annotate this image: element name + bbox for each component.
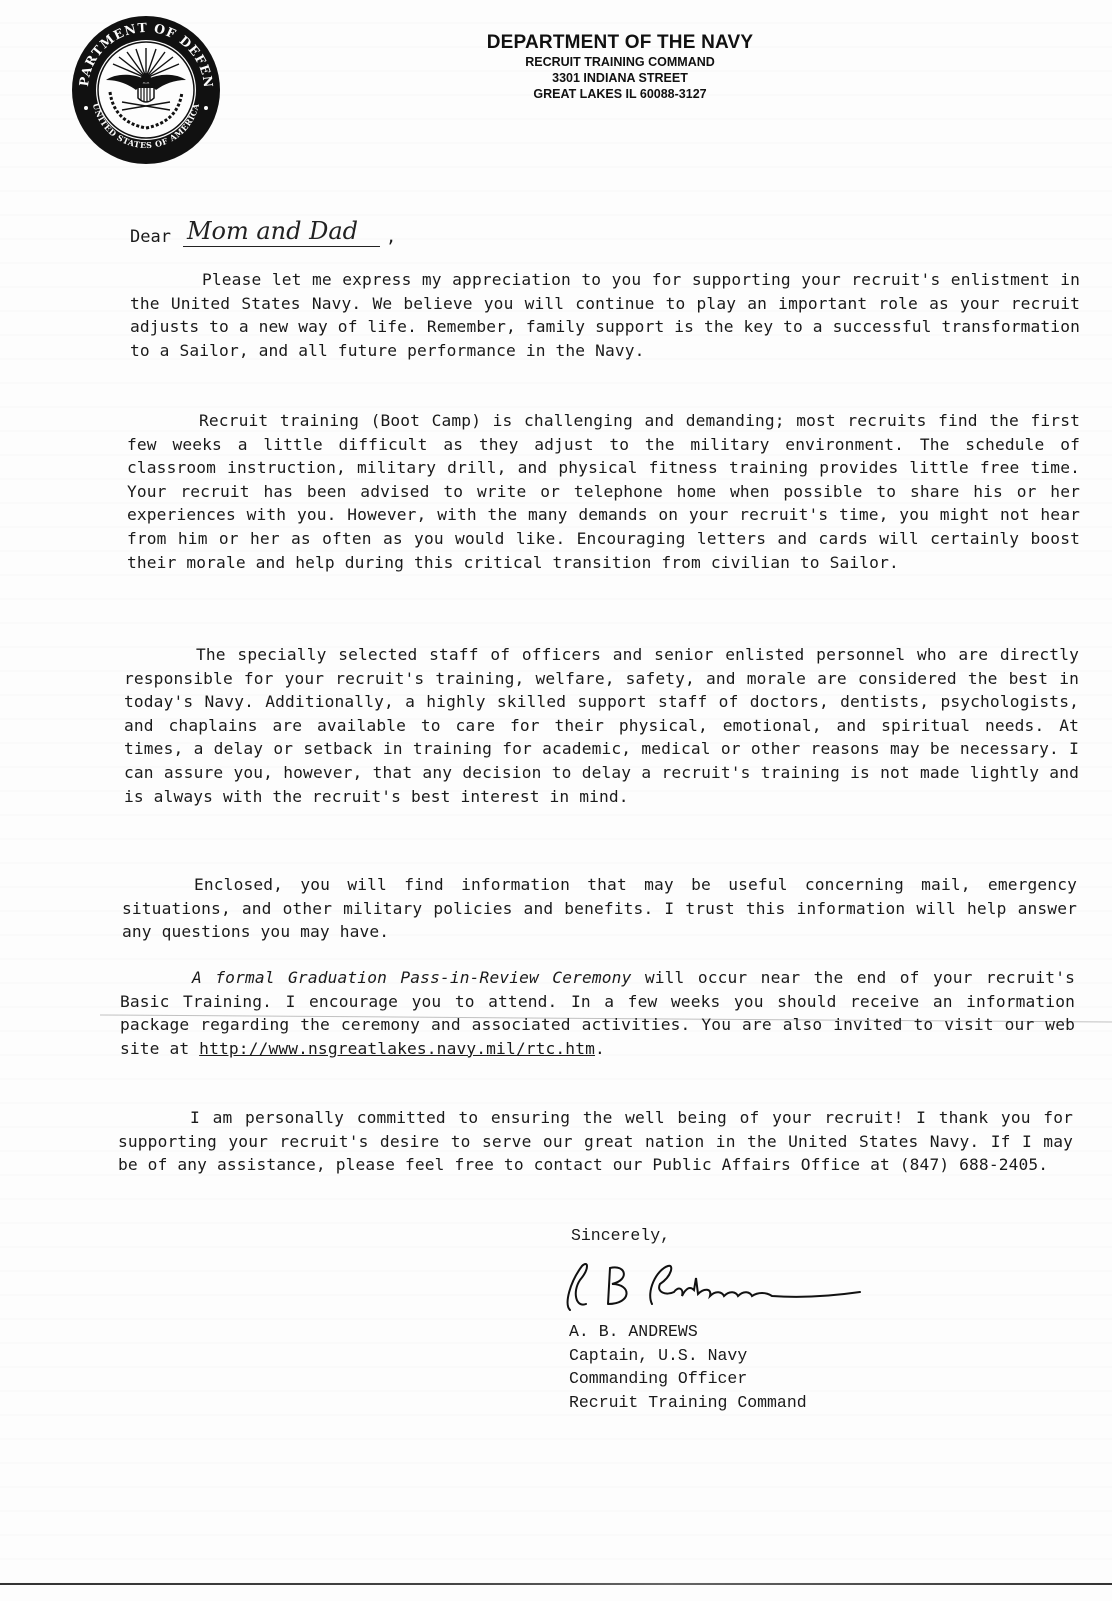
salutation: Dear Mom and Dad , <box>130 218 396 247</box>
signer-name: A. B. ANDREWS <box>569 1320 807 1344</box>
paragraph-staff: The specially selected staff of officers… <box>124 643 1079 808</box>
letterhead: DEPARTMENT OF THE NAVY RECRUIT TRAINING … <box>380 32 860 102</box>
period: . <box>595 1039 605 1058</box>
command-name: RECRUIT TRAINING COMMAND <box>380 54 860 70</box>
signer-title: Commanding Officer <box>569 1367 807 1391</box>
city-address: GREAT LAKES IL 60088-3127 <box>380 86 860 102</box>
ceremony-name: A formal Graduation Pass-in-Review Cerem… <box>192 968 631 987</box>
salutation-prefix: Dear <box>130 227 171 247</box>
paragraph-text: Enclosed, you will find information that… <box>122 875 1077 941</box>
department-of-defense-seal-icon: DEPARTMENT OF DEFENSE UNITED STATES OF A… <box>70 14 222 166</box>
paragraph-text: Recruit training (Boot Camp) is challeng… <box>127 411 1080 572</box>
paragraph-commitment: I am personally committed to ensuring th… <box>118 1106 1073 1177</box>
paragraph-text: Please let me express my appreciation to… <box>130 270 1080 360</box>
signature-block: A. B. ANDREWS Captain, U.S. Navy Command… <box>569 1320 807 1414</box>
paragraph-boot-camp: Recruit training (Boot Camp) is challeng… <box>127 409 1080 574</box>
paragraph-text: I am personally committed to ensuring th… <box>118 1108 1073 1174</box>
salutation-comma: , <box>386 227 396 247</box>
paragraph-text: The specially selected staff of officers… <box>124 645 1079 806</box>
organization-name: DEPARTMENT OF THE NAVY <box>380 32 860 54</box>
street-address: 3301 INDIANA STREET <box>380 70 860 86</box>
page-edge-line <box>0 1583 1112 1585</box>
signer-unit: Recruit Training Command <box>569 1391 807 1415</box>
valediction: Sincerely, <box>571 1224 670 1248</box>
paragraph-graduation: A formal Graduation Pass-in-Review Cerem… <box>120 966 1075 1060</box>
signer-rank: Captain, U.S. Navy <box>569 1344 807 1368</box>
handwritten-signature-icon <box>560 1252 870 1316</box>
handwritten-recipient: Mom and Dad <box>183 218 380 247</box>
website-link[interactable]: http://www.nsgreatlakes.navy.mil/rtc.htm <box>199 1039 595 1058</box>
paragraph-appreciation: Please let me express my appreciation to… <box>130 268 1080 362</box>
paragraph-enclosed: Enclosed, you will find information that… <box>122 873 1077 944</box>
